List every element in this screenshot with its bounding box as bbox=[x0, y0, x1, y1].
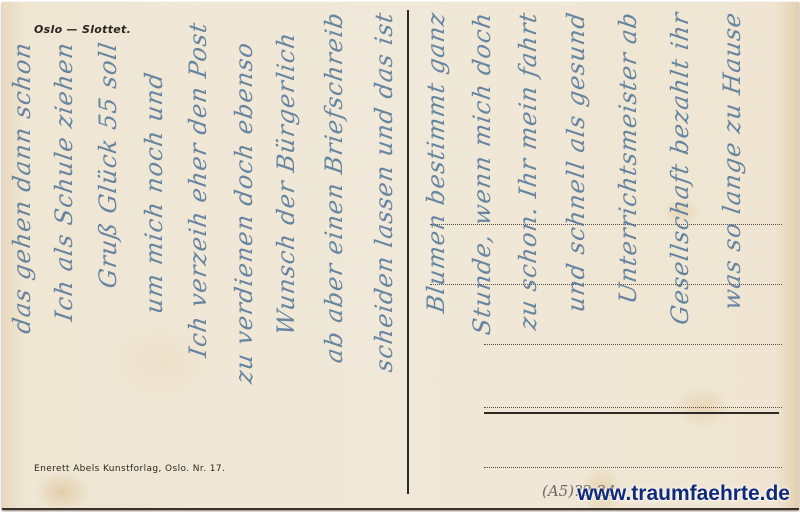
address-line-3 bbox=[484, 344, 782, 345]
address-underline-solid bbox=[484, 412, 779, 414]
handwritten-message: das gehen dann schon Ich als Schule zieh… bbox=[2, 2, 799, 508]
handwriting-column: ab aber einen Briefschreib bbox=[320, 10, 348, 365]
address-line-2 bbox=[430, 284, 782, 285]
handwriting-column: Ich als Schule ziehen bbox=[50, 40, 78, 323]
handwriting-column: zu verdienen doch ebenso bbox=[230, 40, 258, 385]
address-line-1 bbox=[430, 224, 782, 225]
publisher-credit: Enerett Abels Kunstforlag, Oslo. Nr. 17. bbox=[34, 464, 225, 474]
handwriting-column: Gruß Glück 55 soll bbox=[94, 40, 122, 290]
handwriting-column: Wunsch der Bürgerlich bbox=[272, 30, 300, 337]
handwriting-column: Unterrichtsmeister ab bbox=[614, 10, 642, 306]
handwriting-column: was so lange zu Hause bbox=[718, 10, 746, 312]
center-divider-line bbox=[407, 10, 409, 494]
handwriting-column: und schnell als gesund bbox=[562, 10, 590, 314]
handwriting-column: Ich verzeih eher den Post bbox=[184, 20, 212, 359]
address-line-4 bbox=[484, 407, 782, 408]
handwriting-column: Gesellschaft bezahlt ihr bbox=[666, 10, 694, 326]
handwriting-column: das gehen dann schon bbox=[8, 40, 36, 335]
handwriting-column: um mich noch und bbox=[140, 70, 168, 315]
watermark-link[interactable]: www.traumfaehrte.de bbox=[577, 482, 790, 506]
postcard-back: Oslo — Slottet. das gehen dann schon Ich… bbox=[2, 2, 799, 510]
address-line-5 bbox=[484, 467, 782, 468]
handwriting-column: scheiden lassen und das ist bbox=[370, 10, 398, 374]
handwriting-column: Stunde, wenn mich doch bbox=[468, 10, 496, 337]
caption-title: Oslo — Slottet. bbox=[34, 23, 131, 36]
handwriting-column: Blumen bestimmt ganz bbox=[422, 10, 450, 315]
